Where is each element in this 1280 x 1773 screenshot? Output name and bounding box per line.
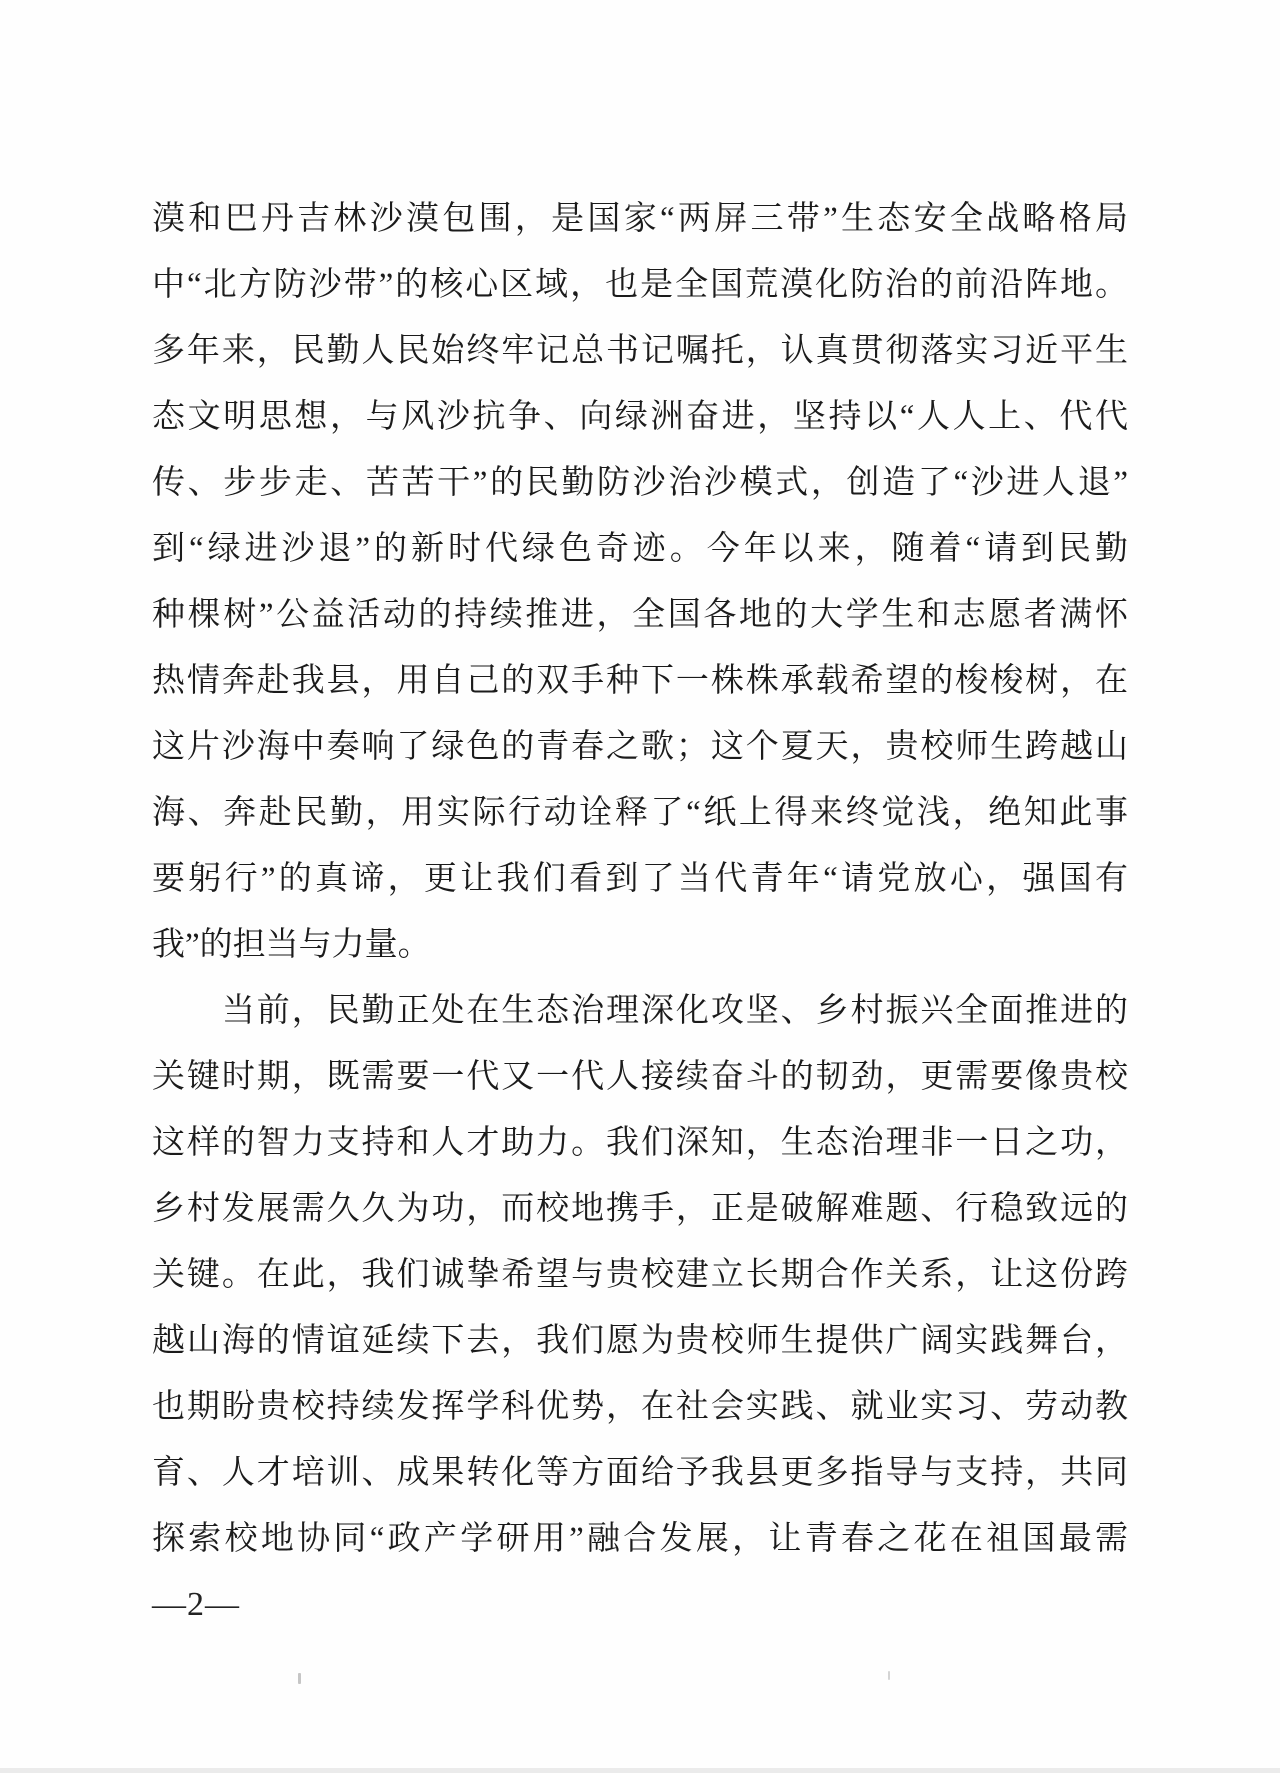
body-text-line: 也期盼贵校持续发挥学科优势，在社会实践、就业实习、劳动教 bbox=[152, 1374, 1128, 1440]
document-page: 漠和巴丹吉林沙漠包围，是国家“两屏三带”生态安全战略格局 中“北方防沙带”的核心… bbox=[0, 0, 1280, 1773]
body-text-line: 中“北方防沙带”的核心区域，也是全国荒漠化防治的前沿阵地。 bbox=[152, 252, 1128, 318]
body-text-line: 探索校地协同“政产学研用”融合发展，让青春之花在祖国最需 bbox=[152, 1506, 1128, 1572]
body-text-line: 种棵树”公益活动的持续推进，全国各地的大学生和志愿者满怀 bbox=[152, 582, 1128, 648]
scan-speck bbox=[888, 1671, 890, 1680]
body-text-line: 到“绿进沙退”的新时代绿色奇迹。今年以来，随着“请到民勤 bbox=[152, 516, 1128, 582]
body-text-line: 要躬行”的真谛，更让我们看到了当代青年“请党放心，强国有 bbox=[152, 846, 1128, 912]
body-text-line: 多年来，民勤人民始终牢记总书记嘱托，认真贯彻落实习近平生 bbox=[152, 318, 1128, 384]
body-text-line: 这片沙海中奏响了绿色的青春之歌；这个夏天，贵校师生跨越山 bbox=[152, 714, 1128, 780]
page-number: —2— bbox=[152, 1586, 240, 1624]
body-text-line-paragraph-end: 我”的担当与力量。 bbox=[152, 912, 1128, 978]
body-text-line: 越山海的情谊延续下去，我们愿为贵校师生提供广阔实践舞台， bbox=[152, 1308, 1128, 1374]
body-text-line: 关键。在此，我们诚挚希望与贵校建立长期合作关系，让这份跨 bbox=[152, 1242, 1128, 1308]
body-text-line: 热情奔赴我县，用自己的双手种下一株株承载希望的梭梭树，在 bbox=[152, 648, 1128, 714]
body-text-line: 育、人才培训、成果转化等方面给予我县更多指导与支持，共同 bbox=[152, 1440, 1128, 1506]
body-text-line: 漠和巴丹吉林沙漠包围，是国家“两屏三带”生态安全战略格局 bbox=[152, 186, 1128, 252]
scan-edge-shadow bbox=[0, 1768, 1280, 1773]
body-text-line: 这样的智力支持和人才助力。我们深知，生态治理非一日之功， bbox=[152, 1110, 1128, 1176]
body-text-line: 海、奔赴民勤，用实际行动诠释了“纸上得来终觉浅，绝知此事 bbox=[152, 780, 1128, 846]
body-text-line: 态文明思想，与风沙抗争、向绿洲奋进，坚持以“人人上、代代 bbox=[152, 384, 1128, 450]
body-text: 漠和巴丹吉林沙漠包围，是国家“两屏三带”生态安全战略格局 中“北方防沙带”的核心… bbox=[152, 186, 1128, 1572]
body-text-line: 关键时期，既需要一代又一代人接续奋斗的韧劲，更需要像贵校 bbox=[152, 1044, 1128, 1110]
scan-speck bbox=[298, 1673, 301, 1684]
body-text-line-paragraph-start: 当前，民勤正处在生态治理深化攻坚、乡村振兴全面推进的 bbox=[152, 978, 1128, 1044]
body-text-line: 传、步步走、苦苦干”的民勤防沙治沙模式，创造了“沙进人退” bbox=[152, 450, 1128, 516]
body-text-line: 乡村发展需久久为功，而校地携手，正是破解难题、行稳致远的 bbox=[152, 1176, 1128, 1242]
